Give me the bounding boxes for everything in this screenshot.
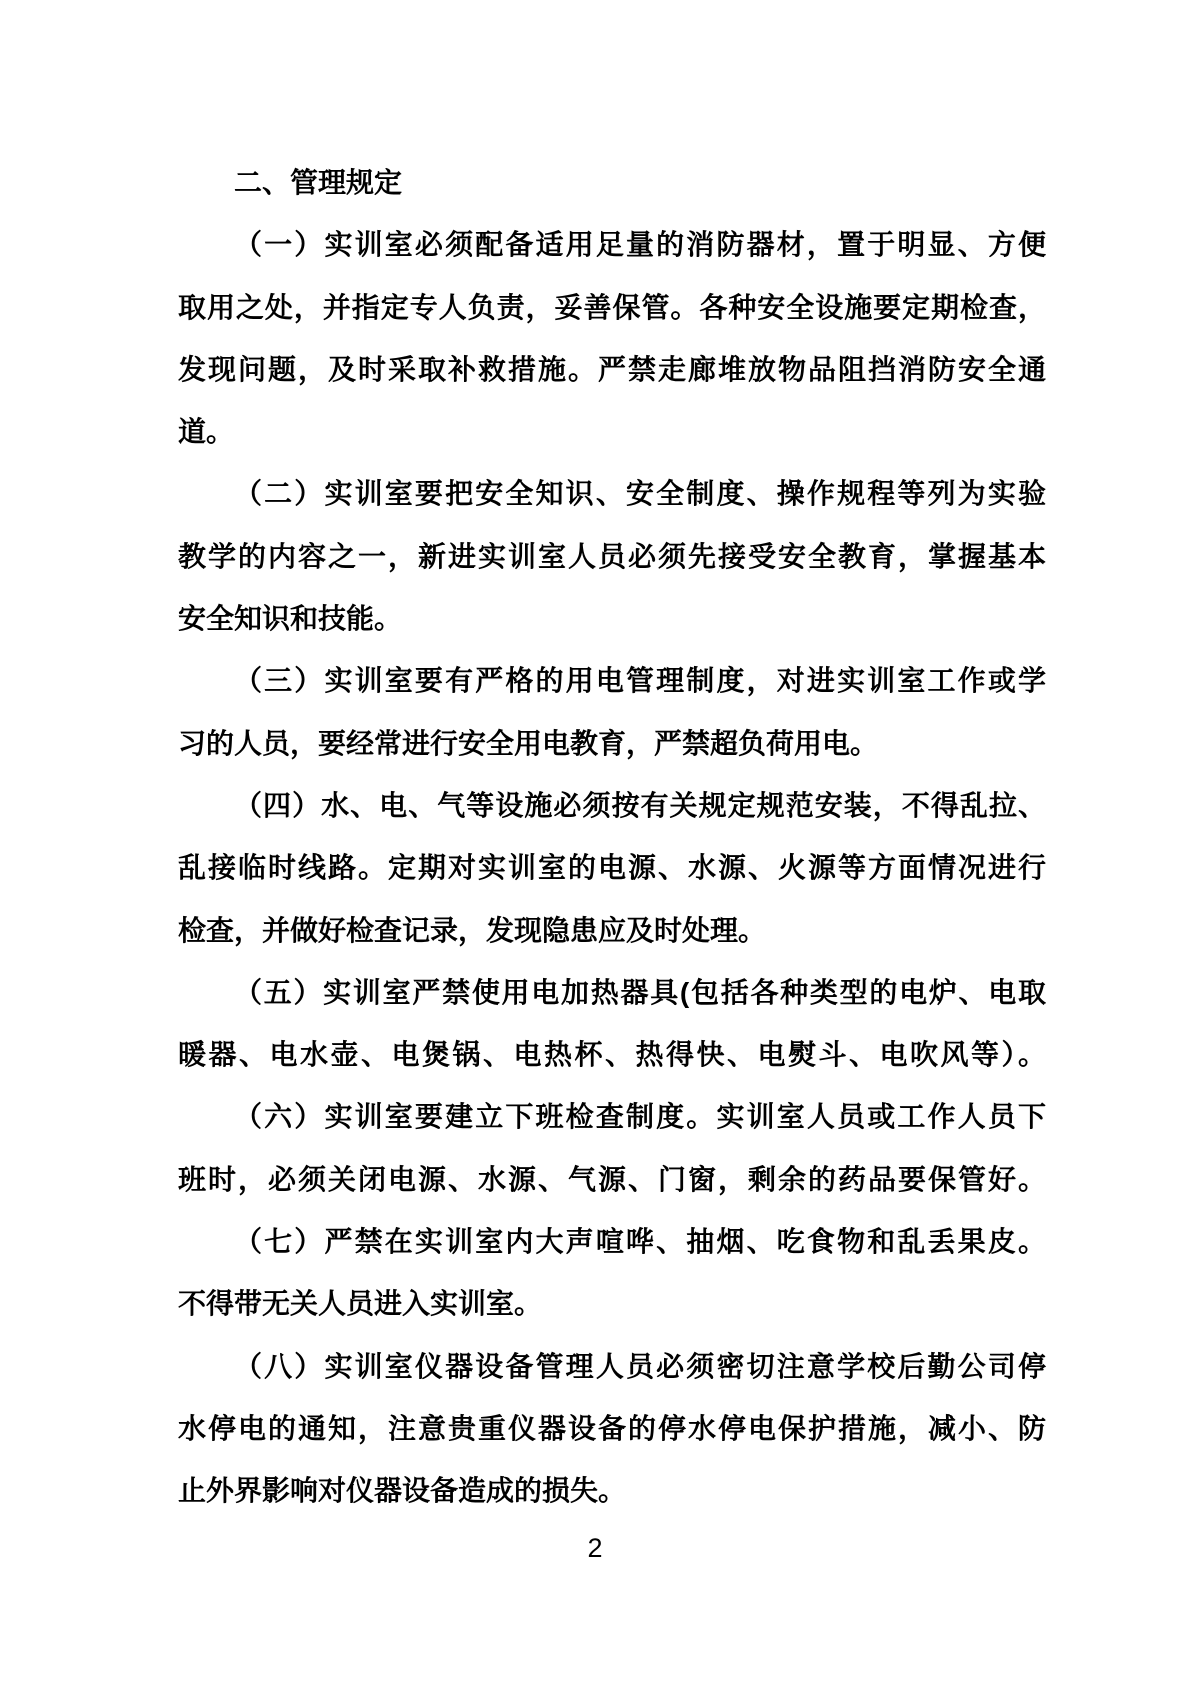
paragraph-3-line-2: 习的人员，要经常进行安全用电教育，严禁超负荷用电。	[178, 713, 1046, 775]
paragraph-7-line-2: 不得带无关人员进入实训室。	[178, 1273, 1046, 1335]
paragraph-2-line-1: （二）实训室要把安全知识、安全制度、操作规程等列为实验	[178, 463, 1046, 525]
paragraph-1-line-2: 取用之处，并指定专人负责，妥善保管。各种安全设施要定期检查，	[178, 277, 1046, 339]
paragraph-6-line-1: （六）实训室要建立下班检查制度。实训室人员或工作人员下	[178, 1086, 1046, 1148]
paragraph-4-line-2: 乱接临时线路。定期对实训室的电源、水源、火源等方面情况进行	[178, 837, 1046, 899]
document-page: 二、管理规定 （一）实训室必须配备适用足量的消防器材，置于明显、方便 取用之处，…	[0, 0, 1190, 1683]
paragraph-5-line-2: 暖器、电水壶、电煲锅、电热杯、热得快、电熨斗、电吹风等）。	[178, 1024, 1046, 1086]
paragraph-8-line-2: 水停电的通知，注意贵重仪器设备的停水停电保护措施，减小、防	[178, 1398, 1046, 1460]
paragraph-7-line-1: （七）严禁在实训室内大声喧哗、抽烟、吃食物和乱丢果皮。	[178, 1211, 1046, 1273]
paragraph-6-line-2: 班时，必须关闭电源、水源、气源、门窗，剩余的药品要保管好。	[178, 1149, 1046, 1211]
paragraph-1-line-4: 道。	[178, 401, 1046, 463]
paragraph-8-line-1: （八）实训室仪器设备管理人员必须密切注意学校后勤公司停	[178, 1336, 1046, 1398]
paragraph-2-line-2: 教学的内容之一，新进实训室人员必须先接受安全教育，掌握基本	[178, 526, 1046, 588]
paragraph-5-line-1: （五）实训室严禁使用电加热器具(包括各种类型的电炉、电取	[178, 962, 1046, 1024]
document-body: 二、管理规定 （一）实训室必须配备适用足量的消防器材，置于明显、方便 取用之处，…	[178, 152, 1046, 1523]
page-number: 2	[587, 1533, 602, 1563]
page-footer: 2	[0, 1520, 1190, 1576]
paragraph-2-line-3: 安全知识和技能。	[178, 588, 1046, 650]
paragraph-4-line-1: （四）水、电、气等设施必须按有关规定规范安装，不得乱拉、	[178, 775, 1046, 837]
paragraph-1-line-3: 发现问题，及时采取补救措施。严禁走廊堆放物品阻挡消防安全通	[178, 339, 1046, 401]
section-heading: 二、管理规定	[178, 152, 1046, 214]
paragraph-4-line-3: 检查，并做好检查记录，发现隐患应及时处理。	[178, 900, 1046, 962]
paragraph-8-line-3: 止外界影响对仪器设备造成的损失。	[178, 1460, 1046, 1522]
paragraph-1-line-1: （一）实训室必须配备适用足量的消防器材，置于明显、方便	[178, 214, 1046, 276]
paragraph-3-line-1: （三）实训室要有严格的用电管理制度，对进实训室工作或学	[178, 650, 1046, 712]
